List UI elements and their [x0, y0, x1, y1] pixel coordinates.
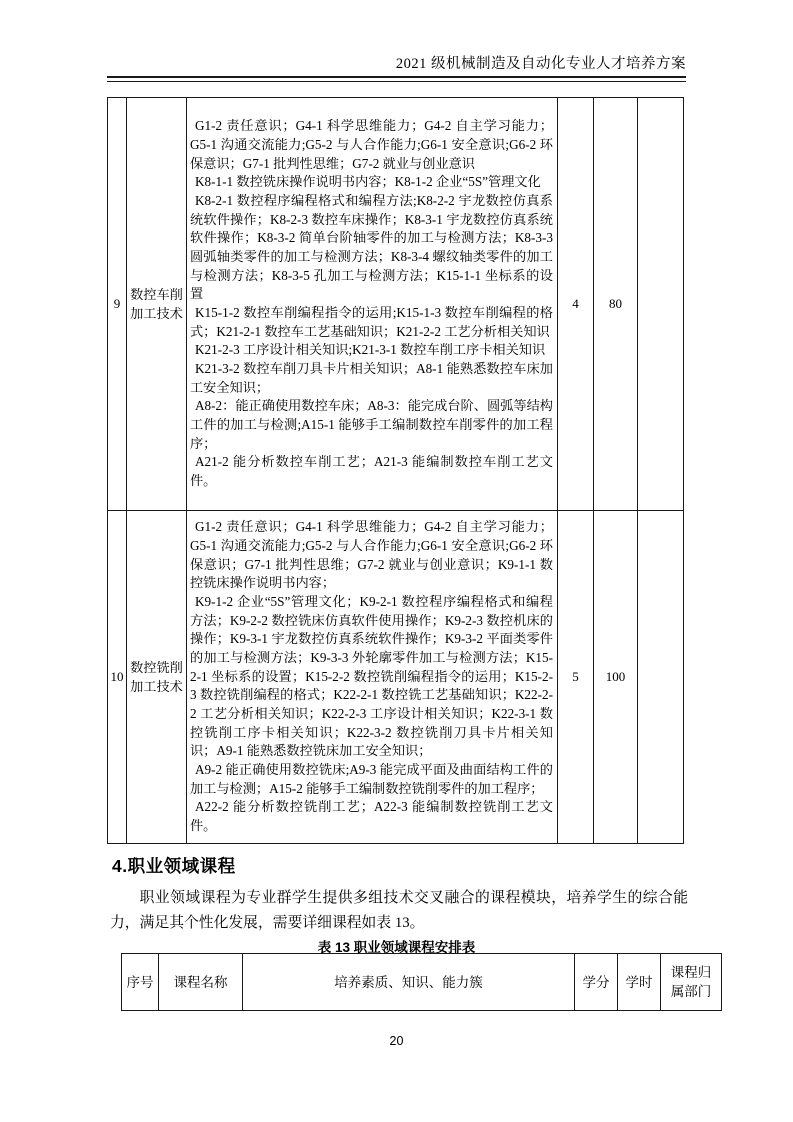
competency-paragraph: K8-1-1 数控铣床操作说明书内容；K8-1-2 企业“5S”管理文化 — [190, 173, 553, 192]
competency-paragraph: A21-2 能分析数控车削工艺；A21-3 能编制数控车削工艺文件。 — [190, 453, 553, 490]
page-number: 20 — [0, 1034, 793, 1048]
competency-paragraph: A9-2 能正确使用数控铣床;A9-3 能完成平面及曲面结构工件的加工与检测；A… — [190, 761, 553, 798]
course-number: 10 — [108, 511, 127, 844]
table-row: 10 数控铣削加工技术 G1-2 责任意识；G4-1 科学思维能力；G4-2 自… — [108, 511, 684, 844]
header-credits: 学分 — [575, 954, 618, 1011]
course-competency-text: G1-2 责任意识；G4-1 科学思维能力；G4-2 自主学习能力；G5-1 沟… — [187, 511, 558, 844]
course-name: 数控车削加工技术 — [127, 98, 187, 511]
competency-paragraph: G1-2 责任意识；G4-1 科学思维能力；G4-2 自主学习能力；G5-1 沟… — [190, 117, 553, 173]
competency-paragraph: K21-2-3 工序设计相关知识;K21-3-1 数控车削工序卡相关知识 — [190, 341, 553, 360]
document-header-title: 2021 级机械制造及自动化专业人才培养方案 — [107, 52, 686, 73]
course-credits: 5 — [558, 511, 594, 844]
competency-paragraph: K21-3-2 数控车削刀具卡片相关知识；A8-1 能熟悉数控车床加工安全知识； — [190, 360, 553, 397]
table-row: 9 数控车削加工技术 G1-2 责任意识；G4-1 科学思维能力；G4-2 自主… — [108, 98, 684, 511]
course-hours: 80 — [594, 98, 638, 511]
section-paragraph: 职业领域课程为专业群学生提供多组技术交叉融合的课程模块，培养学生的综合能力，满足… — [110, 886, 688, 935]
section-heading: 4.职业领域课程 — [112, 853, 236, 878]
course-hours: 100 — [594, 511, 638, 844]
header-hours: 学时 — [618, 954, 661, 1011]
course-name: 数控铣削加工技术 — [127, 511, 187, 844]
competency-paragraph: K9-1-2 企业“5S”管理文化；K9-2-1 数控程序编程格式和编程方法；K… — [190, 593, 553, 761]
table-header-row: 序号 课程名称 培养素质、知识、能力簇 学分 学时 课程归属部门 — [122, 954, 722, 1011]
header-competency-cluster: 培养素质、知识、能力簇 — [243, 954, 575, 1011]
competency-paragraph: K8-2-1 数控程序编程格式和编程方法;K8-2-2 宇龙数控仿真系统软件操作… — [190, 192, 553, 304]
header-divider-rule — [107, 76, 686, 82]
competency-paragraph: A8-2：能正确使用数控车床；A8-3：能完成台阶、圆弧等结构工件的加工与检测;… — [190, 397, 553, 453]
course-competency-text: G1-2 责任意识；G4-1 科学思维能力；G4-2 自主学习能力；G5-1 沟… — [187, 98, 558, 511]
header-department: 课程归属部门 — [661, 954, 722, 1011]
competency-course-table: 9 数控车削加工技术 G1-2 责任意识；G4-1 科学思维能力；G4-2 自主… — [107, 97, 684, 844]
competency-paragraph: K15-1-2 数控车削编程指令的运用;K15-1-3 数控车削编程的格式；K2… — [190, 304, 553, 341]
course-number: 9 — [108, 98, 127, 511]
course-department — [638, 98, 684, 511]
course-credits: 4 — [558, 98, 594, 511]
schedule-table: 序号 课程名称 培养素质、知识、能力簇 学分 学时 课程归属部门 — [121, 953, 722, 1011]
document-page: 2021 级机械制造及自动化专业人才培养方案 9 数控车削加工技术 G1-2 责… — [0, 0, 793, 1122]
header-course-name: 课程名称 — [159, 954, 243, 1011]
competency-paragraph: G1-2 责任意识；G4-1 科学思维能力；G4-2 自主学习能力；G5-1 沟… — [190, 518, 553, 593]
course-department — [638, 511, 684, 844]
competency-paragraph: A22-2 能分析数控铣削工艺；A22-3 能编制数控铣削工艺文件。 — [190, 798, 553, 835]
header-course-number: 序号 — [122, 954, 159, 1011]
